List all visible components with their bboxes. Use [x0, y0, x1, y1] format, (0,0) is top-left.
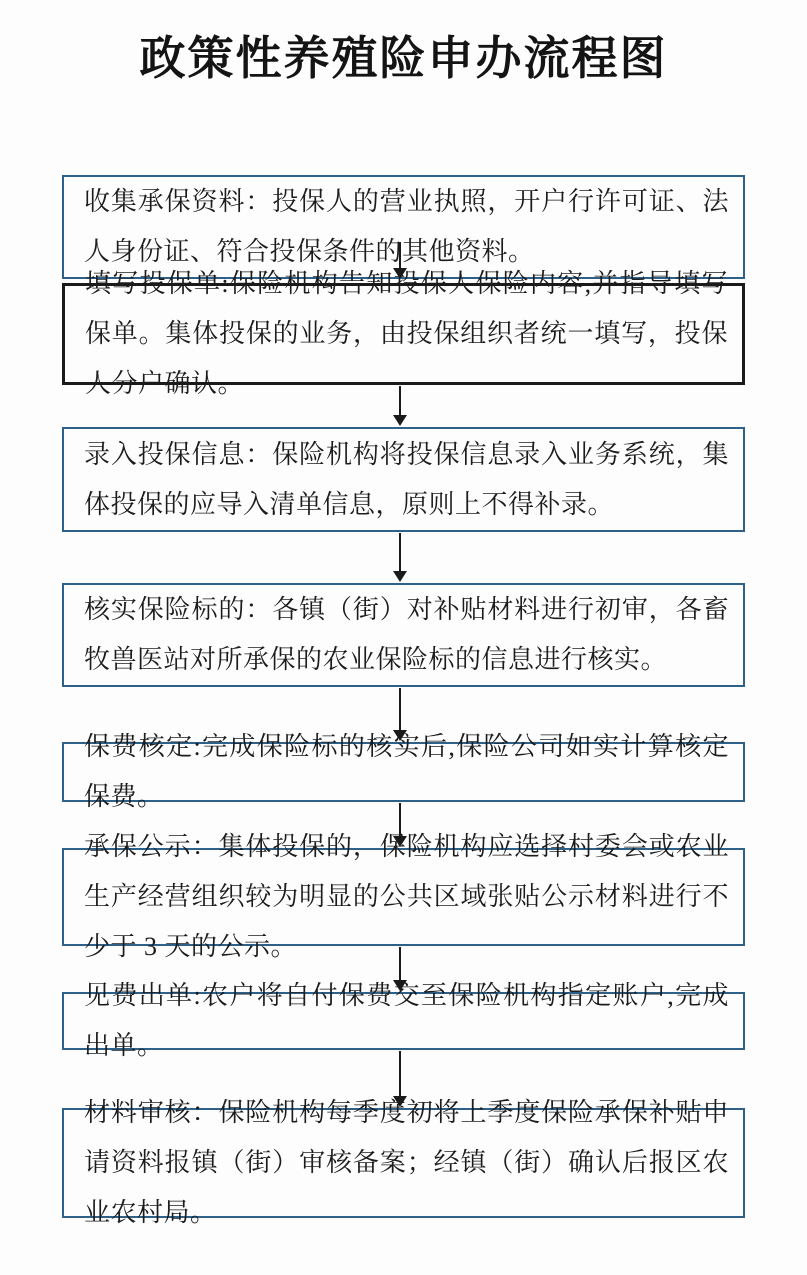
flow-step-verify-insurance-subject: 核实保险标的：各镇（街）对补贴材料进行初审，各畜牧兽医站对所承保的农业保险标的信… — [62, 583, 745, 687]
flow-step-text: 核实保险标的：各镇（街）对补贴材料进行初审，各畜牧兽医站对所承保的农业保险标的信… — [84, 585, 729, 685]
flow-step-text: 材料审核：保险机构每季度初将上季度保险承保补贴申请资料报镇（街）审核备案；经镇（… — [84, 1088, 729, 1238]
flow-step-materials-review: 材料审核：保险机构每季度初将上季度保险承保补贴申请资料报镇（街）审核备案；经镇（… — [62, 1108, 745, 1218]
page-title: 政策性养殖险申办流程图 — [0, 22, 807, 88]
flow-step-payment-before-policy: 见费出单:农户将自付保费交至保险机构指定账户,完成出单。 — [62, 992, 745, 1050]
flow-step-text: 承保公示：集体投保的，保险机构应选择村委会或农业生产经营组织较为明显的公共区域张… — [84, 822, 729, 972]
arrow-shaft — [399, 533, 402, 572]
flow-step-text: 见费出单:农户将自付保费交至保险机构指定账户,完成出单。 — [84, 971, 729, 1071]
flow-step-text: 录入投保信息：保险机构将投保信息录入业务系统，集体投保的应导入清单信息，原则上不… — [84, 430, 729, 530]
flow-step-fill-insurance-form: 填写投保单:保险机构告知投保人保险内容,并指导填写保单。集体投保的业务，由投保组… — [62, 283, 745, 385]
flowchart-page: 政策性养殖险申办流程图 收集承保资料：投保人的营业执照，开户行许可证、法人身份证… — [0, 0, 807, 1275]
flow-step-text: 保费核定:完成保险标的核实后,保险公司如实计算核定保费。 — [84, 722, 729, 822]
flow-step-enter-policy-info: 录入投保信息：保险机构将投保信息录入业务系统，集体投保的应导入清单信息，原则上不… — [62, 427, 745, 532]
flow-step-underwriting-publicity: 承保公示：集体投保的，保险机构应选择村委会或农业生产经营组织较为明显的公共区域张… — [62, 848, 745, 946]
arrow-head — [393, 415, 407, 426]
flow-step-text: 填写投保单:保险机构告知投保人保险内容,并指导填写保单。集体投保的业务，由投保组… — [85, 259, 728, 409]
arrow-head — [393, 571, 407, 582]
down-arrow-icon — [392, 533, 408, 582]
flow-step-premium-assessment: 保费核定:完成保险标的核实后,保险公司如实计算核定保费。 — [62, 742, 745, 802]
